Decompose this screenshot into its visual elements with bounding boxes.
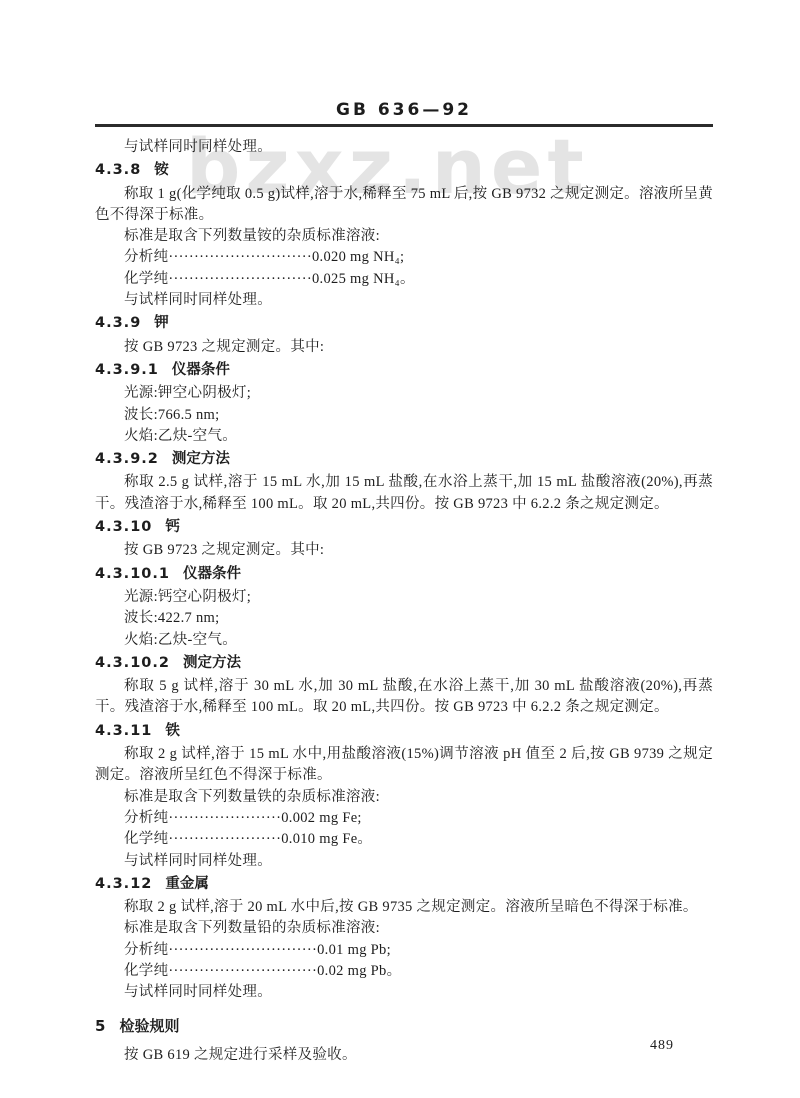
paragraph: 光源:钾空心阴极灯;	[95, 383, 713, 404]
paragraph: 按 GB 9723 之规定测定。其中:	[95, 540, 713, 561]
section-title: 钙	[165, 519, 180, 535]
paragraph: 波长:422.7 nm;	[95, 608, 713, 629]
document-body: 与试样同时同样处理。 4.3.8铵 称取 1 g(化学纯取 0.5 g)试样,溶…	[95, 137, 713, 1066]
section-title: 重金属	[165, 876, 209, 892]
dotted-leader-line: 化学纯····························0.025 mg …	[95, 269, 713, 290]
section-number: 4.3.12	[95, 876, 152, 892]
section-heading-4-3-9-1: 4.3.9.1仪器条件	[95, 360, 713, 381]
chapter-heading-5: 5检验规则	[95, 1015, 713, 1037]
paragraph: 与试样同时同样处理。	[95, 851, 713, 872]
dotted-leader-line: 化学纯·····························0.02 mg …	[95, 961, 713, 982]
dotted-leader-line: 分析纯····························0.020 mg …	[95, 247, 713, 268]
section-number: 4.3.9.2	[95, 451, 159, 467]
paragraph: 按 GB 619 之规定进行采样及验收。	[95, 1045, 713, 1066]
section-number: 4.3.10	[95, 519, 152, 535]
paragraph: 火焰:乙炔-空气。	[95, 630, 713, 651]
section-heading-4-3-8: 4.3.8铵	[95, 160, 713, 181]
paragraph: 光源:钙空心阴极灯;	[95, 587, 713, 608]
paragraph: 火焰:乙炔-空气。	[95, 426, 713, 447]
section-title: 钾	[154, 315, 169, 331]
section-title: 测定方法	[172, 451, 230, 467]
section-number: 4.3.9.1	[95, 362, 159, 378]
section-heading-4-3-10: 4.3.10钙	[95, 517, 713, 538]
paragraph: 称取 5 g 试样,溶于 30 mL 水,加 30 mL 盐酸,在水浴上蒸干,加…	[95, 676, 713, 719]
page-number: 489	[650, 1038, 674, 1054]
section-number: 4.3.8	[95, 162, 141, 178]
paragraph: 称取 2.5 g 试样,溶于 15 mL 水,加 15 mL 盐酸,在水浴上蒸干…	[95, 472, 713, 515]
section-title: 铁	[165, 723, 180, 739]
section-heading-4-3-11: 4.3.11铁	[95, 721, 713, 742]
section-heading-4-3-9: 4.3.9钾	[95, 313, 713, 334]
paragraph: 称取 2 g 试样,溶于 20 mL 水中后,按 GB 9735 之规定测定。溶…	[95, 897, 713, 918]
paragraph: 称取 1 g(化学纯取 0.5 g)试样,溶于水,稀释至 75 mL 后,按 G…	[95, 184, 713, 227]
section-title: 铵	[154, 162, 169, 178]
dotted-leader-line: 分析纯······················0.002 mg Fe;	[95, 808, 713, 829]
section-number: 4.3.9	[95, 315, 141, 331]
section-title: 仪器条件	[183, 566, 241, 582]
section-heading-4-3-10-1: 4.3.10.1仪器条件	[95, 564, 713, 585]
paragraph: 波长:766.5 nm;	[95, 405, 713, 426]
chapter-title: 检验规则	[119, 1017, 179, 1035]
paragraph: 与试样同时同样处理。	[95, 137, 713, 158]
section-number: 4.3.11	[95, 723, 152, 739]
standard-code-header: GB 636—92	[95, 100, 713, 120]
paragraph: 标准是取含下列数量铵的杂质标准溶液:	[95, 226, 713, 247]
dotted-leader-line: 分析纯·····························0.01 mg …	[95, 940, 713, 961]
paragraph: 与试样同时同样处理。	[95, 290, 713, 311]
chapter-number: 5	[95, 1017, 105, 1035]
section-number: 4.3.10.1	[95, 566, 170, 582]
paragraph: 与试样同时同样处理。	[95, 982, 713, 1003]
paragraph: 标准是取含下列数量铅的杂质标准溶液:	[95, 918, 713, 939]
header-rule	[95, 124, 713, 127]
section-heading-4-3-10-2: 4.3.10.2测定方法	[95, 653, 713, 674]
dotted-leader-line: 化学纯······················0.010 mg Fe。	[95, 829, 713, 850]
paragraph: 称取 2 g 试样,溶于 15 mL 水中,用盐酸溶液(15%)调节溶液 pH …	[95, 744, 713, 787]
section-title: 测定方法	[183, 655, 241, 671]
section-heading-4-3-12: 4.3.12重金属	[95, 874, 713, 895]
section-title: 仪器条件	[172, 362, 230, 378]
paragraph: 标准是取含下列数量铁的杂质标准溶液:	[95, 787, 713, 808]
section-heading-4-3-9-2: 4.3.9.2测定方法	[95, 449, 713, 470]
section-number: 4.3.10.2	[95, 655, 170, 671]
paragraph: 按 GB 9723 之规定测定。其中:	[95, 337, 713, 358]
